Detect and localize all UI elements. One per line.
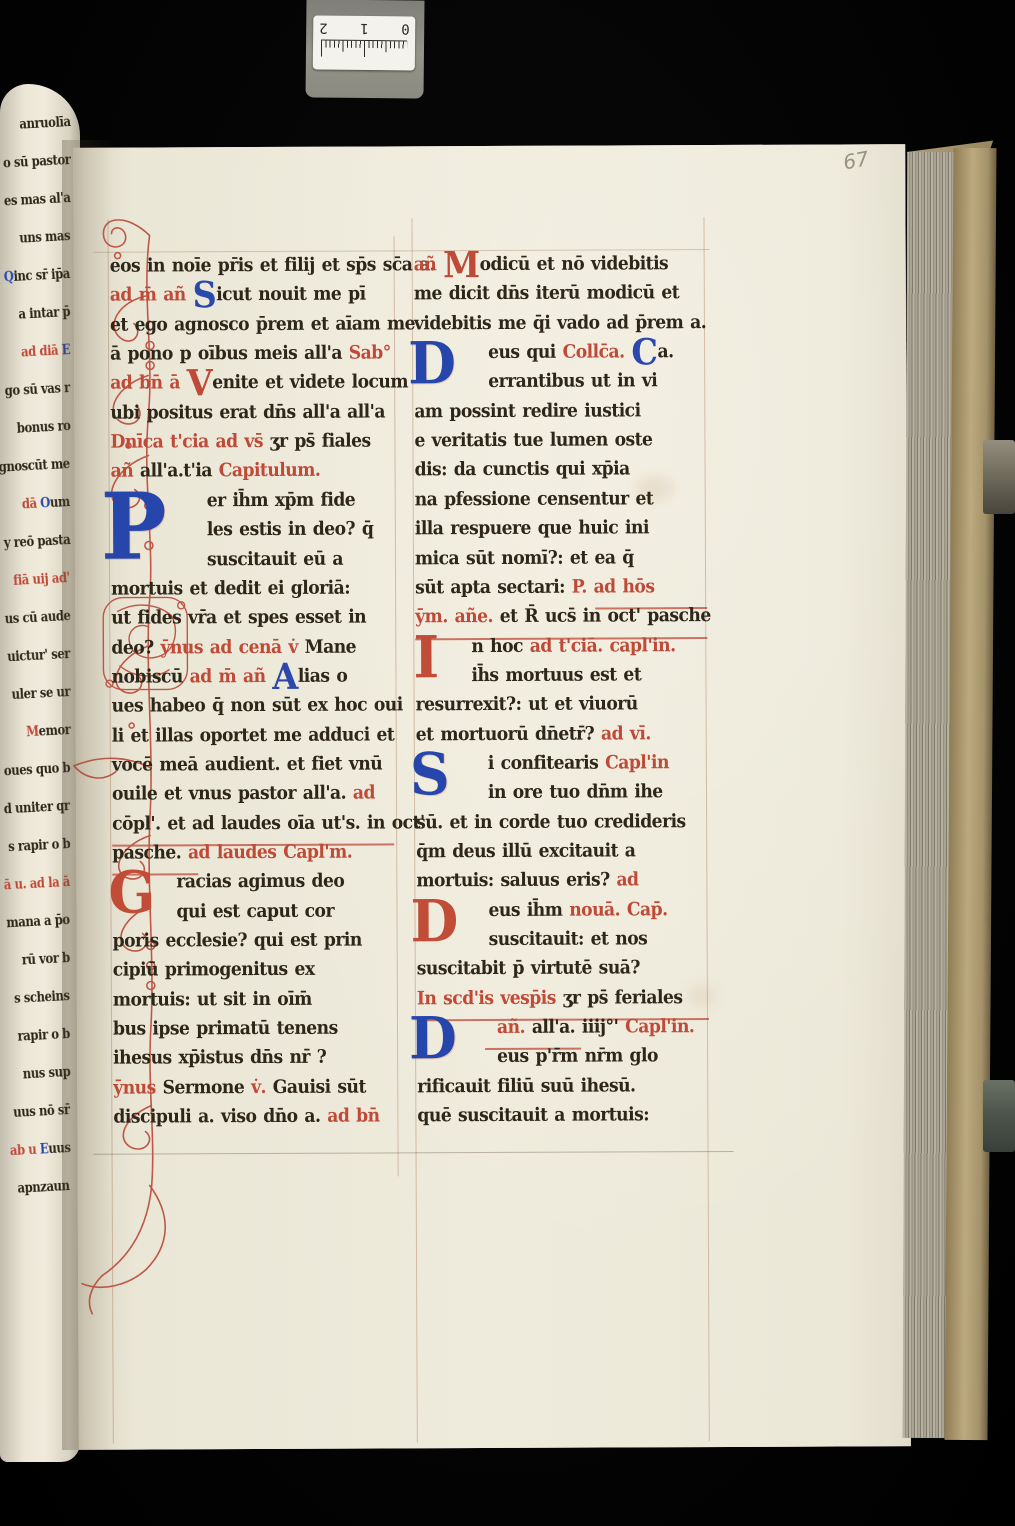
text-run: es mas al'a xyxy=(3,190,70,209)
text-run: fiā uij ad' xyxy=(13,570,70,589)
text-run: e veritatis tue lumen oste xyxy=(414,429,652,451)
text-run: ʒr ps̄ feriales xyxy=(563,987,683,1009)
text-run: um xyxy=(50,494,71,511)
text-line: In scd'is vesp̄is ʒr ps̄ feriales xyxy=(417,989,683,1009)
text-run: nus sup xyxy=(22,1064,70,1082)
text-run: Sermone xyxy=(163,1077,252,1098)
text-run: nouā. Cap̄. xyxy=(569,899,667,920)
text-run: y reō pasta xyxy=(3,532,70,551)
text-run: M xyxy=(443,244,480,286)
previous-page-text-line: anruolīa xyxy=(18,114,70,133)
previous-page-text-line: y reō pasta xyxy=(3,532,70,551)
text-run: bonus ro xyxy=(16,418,71,437)
text-run: P. ad hōs xyxy=(572,576,655,597)
text-line: ih̄s mortuus est et xyxy=(471,666,641,685)
text-run: me dicit dn̄s iterū modicū et xyxy=(414,283,679,305)
text-run: suscitabit p̄ virtutē suā? xyxy=(417,958,640,980)
previous-page-text-line: mana a p̄o xyxy=(6,912,70,931)
previous-page-text-line: nus sup xyxy=(22,1064,70,1082)
text-run: a. xyxy=(657,341,673,362)
text-run: ihesus xp̄istus dn̄s nr̄ ? xyxy=(113,1047,326,1069)
text-line: ihesus xp̄istus dn̄s nr̄ ? xyxy=(113,1049,326,1068)
text-run: illa respuere que huic ini xyxy=(415,517,649,539)
previous-page-text-line: ad diā E xyxy=(20,342,70,361)
text-run: uictur' ser xyxy=(7,646,71,665)
text-line: racias agimus deo xyxy=(176,873,344,892)
text-run: all'a. iiij°' xyxy=(532,1017,625,1038)
text-line: les estis in deo? q̄ xyxy=(207,521,374,540)
text-line: ā pono p oībus meis all'a Sab° xyxy=(110,344,391,364)
drop-cap-initial: D xyxy=(408,338,456,389)
text-line: quē suscitauit a mortuis: xyxy=(417,1106,649,1126)
text-run: ad bn̄ ā xyxy=(110,373,187,394)
text-line: i confitearis Capl'in xyxy=(488,754,669,773)
drop-cap-initial: S xyxy=(410,749,450,800)
text-run: ā pono p oībus meis all'a xyxy=(110,343,349,365)
text-run: añ xyxy=(414,254,443,275)
text-run: ouile et vnus pastor all'a. xyxy=(112,783,353,805)
text-run: o sū pastor xyxy=(2,152,70,172)
ruler-digits: 2 1 0 xyxy=(313,19,415,36)
text-run: ubi positus erat dn̄s all'a all'a xyxy=(110,401,385,423)
text-run: uus nō sr̄ xyxy=(13,1102,70,1121)
ruler-digit-0: 0 xyxy=(401,20,410,36)
text-line: sūt apta sectari: P. ad hōs xyxy=(415,578,654,598)
text-run: ȳnus ad cenā v̇ xyxy=(160,636,304,658)
text-run: dā xyxy=(22,496,41,513)
text-run: s rapir o b xyxy=(8,836,71,855)
text-run: deo? xyxy=(111,637,160,658)
previous-page-text-line: go sū vas r xyxy=(5,380,71,399)
text-line: ȳnus Sermone v̇. Gauisi sūt xyxy=(113,1078,366,1098)
text-line: añ Modicū et nō videbitis xyxy=(414,255,669,275)
previous-page-text-line: oues quo b xyxy=(3,760,70,779)
text-run: a intar p̄ xyxy=(18,304,70,323)
previous-page-text-line: s scheins xyxy=(14,988,70,1007)
previous-page-text-line: Qinc sr̄ ip̄a xyxy=(4,266,71,285)
cm-ruler: 2 1 0 xyxy=(313,15,416,70)
text-run: sūt apta sectari: xyxy=(415,576,572,598)
text-run: eus qui xyxy=(488,342,563,363)
text-line: bus ipse primatū tenens xyxy=(113,1020,338,1039)
text-run: n hoc xyxy=(471,635,529,656)
text-run: Collc̄a. xyxy=(563,341,632,362)
text-run: resurrexit?: ut et viuorū xyxy=(416,694,638,716)
text-run: et ego agnosco p̄rem et aīam me xyxy=(110,313,415,335)
text-run: enite et videte locum xyxy=(212,372,408,394)
text-run: Dnīca t'cia ad vs̄ xyxy=(110,431,269,453)
text-run: i confitearis xyxy=(488,752,605,774)
ruling-line-horizontal xyxy=(94,1151,734,1155)
text-run: ȳnus xyxy=(113,1077,162,1098)
color-ruler-tab: 2 1 0 xyxy=(305,0,424,99)
text-run: inc sr̄ ip̄a xyxy=(13,266,70,285)
text-run: E xyxy=(39,1141,48,1157)
text-column-left: eos in noīe pr̄is et filij et sp̄s sc̄a … xyxy=(110,256,400,1149)
text-run: go sū vas r xyxy=(5,380,71,399)
text-run: ad m̄ añ xyxy=(110,285,193,306)
previous-page-text-line: es mas al'a xyxy=(3,190,70,209)
previous-page-edge: anruolīao sū pastores mas al'auns masQin… xyxy=(0,84,80,1462)
text-line: ues habeo q̄ non sūt ex hoc oui xyxy=(112,697,403,717)
previous-page-text-line: gnoscūt me xyxy=(0,456,70,476)
previous-page-text-line: a intar p̄ xyxy=(18,304,70,323)
text-run: li et illas oportet me adduci et xyxy=(112,724,395,746)
text-run: ad bn̄ xyxy=(327,1106,379,1127)
text-run: ad diā xyxy=(20,342,62,360)
text-run: suscitauit eū a xyxy=(207,548,343,570)
text-run: ab u xyxy=(9,1142,40,1160)
text-run: discipuli a. viso dn̄o a. xyxy=(113,1106,327,1128)
ruling-line-horizontal xyxy=(94,249,710,253)
text-run: M xyxy=(25,724,38,741)
ruler-digit-1: 1 xyxy=(360,20,369,36)
text-run: Capl'in xyxy=(605,752,669,773)
text-run: mica sūt nomī?: et ea q̄ xyxy=(415,547,634,569)
clasp-bottom xyxy=(983,1080,1015,1152)
text-run: cōpl'. et ad laudes oīa ut's. in oct' xyxy=(112,812,425,834)
text-run: errantibus ut in vi xyxy=(488,371,657,393)
drop-cap-initial: D xyxy=(410,896,458,947)
text-run: apnzaun xyxy=(18,1178,71,1197)
text-run: gnoscūt me xyxy=(0,456,70,476)
drop-cap-initial: D xyxy=(409,1013,457,1064)
text-run: d uniter qr xyxy=(4,798,71,817)
text-run: am possint redire iustici xyxy=(414,400,640,422)
previous-page-text-line: ā u. ad la ā xyxy=(4,874,71,893)
text-line: ad bn̄ ā Venite et videte locum xyxy=(110,374,408,394)
text-run: ad t'ciā. capl'in. xyxy=(530,635,676,657)
folio-number: 67 xyxy=(841,146,870,174)
text-run: oues quo b xyxy=(3,760,70,779)
text-run: poris ecclesie? qui est prin xyxy=(113,930,362,952)
previous-page-text-line: bonus ro xyxy=(16,418,71,437)
previous-page-text-line: uus nō sr̄ xyxy=(13,1102,70,1121)
text-run: ad laudes Capl'm. xyxy=(188,842,352,864)
text-line: errantibus ut in vi xyxy=(488,373,657,392)
text-run: eos in noīe pr̄is et filij et sp̄s sc̄a … xyxy=(110,254,436,276)
text-line: et ego agnosco p̄rem et aīam me xyxy=(110,315,415,335)
text-line: li et illas oportet me adduci et xyxy=(112,726,395,746)
text-line: n hoc ad t'ciā. capl'in. xyxy=(471,637,675,656)
text-line: rificauit filiū suū ihesū. xyxy=(417,1077,635,1096)
previous-page-text-line: rū vor b xyxy=(22,950,71,968)
text-line: qui est caput cor xyxy=(176,902,334,921)
text-run: nobiscū xyxy=(111,666,189,687)
text-line: Dnīca t'cia ad vs̄ ʒr ps̄ fiales xyxy=(110,433,370,453)
previous-page-text-line: uler se ur xyxy=(11,684,70,703)
text-line: resurrexit?: ut et viuorū xyxy=(416,696,638,715)
text-run: A xyxy=(272,656,298,698)
text-run: lias o xyxy=(298,666,348,687)
previous-page-text-line: s rapir o b xyxy=(8,836,71,855)
text-line: ȳm. añe. et R̄ ucs̄ in oct' pasche xyxy=(415,607,711,627)
text-line: ubi positus erat dn̄s all'a all'a xyxy=(110,403,385,423)
previous-page-text-line: ab u Euus xyxy=(9,1140,70,1159)
previous-page-text-line: rapir o b xyxy=(17,1026,70,1045)
text-line: ad m̄ añ Sicut nouit me pī xyxy=(110,286,366,306)
book-board-edge xyxy=(944,148,996,1440)
text-line: ouile et vnus pastor all'a. ad xyxy=(112,785,375,805)
text-line: ut fides vr̄a et spes esset in xyxy=(111,609,366,629)
ruler-digit-2: 2 xyxy=(319,20,328,36)
text-run: rificauit filiū suū ihesū. xyxy=(417,1075,635,1097)
previous-page-text-line: uns mas xyxy=(19,228,71,247)
text-line: illa respuere que huic ini xyxy=(415,519,649,539)
text-line: eus qui Collc̄a. Ca. xyxy=(488,343,674,362)
previous-page-text-line: dā Oum xyxy=(22,494,71,512)
text-run: S xyxy=(192,275,216,317)
text-run: videbitis me q̄i vado ad p̄rem a. xyxy=(414,312,706,334)
text-line: suscitauit eū a xyxy=(207,550,343,569)
text-run: Gauisi sūt xyxy=(273,1076,366,1097)
text-run: quē suscitauit a mortuis: xyxy=(417,1104,649,1126)
text-run: ad xyxy=(616,870,638,891)
text-run: sū. et in corde tuo credideris xyxy=(416,811,686,833)
text-run: us cū aude xyxy=(4,608,70,627)
drop-cap-initial: G xyxy=(108,868,155,919)
text-column-right: añ Modicū et nō videbitisme dicit dn̄s i… xyxy=(414,255,712,1148)
text-run: añ. xyxy=(497,1017,532,1038)
text-run: v̇. xyxy=(251,1077,273,1098)
text-line: q̄m deus illū excitauit a xyxy=(416,842,635,861)
text-line: vocē meā audient. et fiet vnū xyxy=(112,755,382,775)
text-run: uler se ur xyxy=(11,684,70,703)
text-run: Mane xyxy=(305,636,357,657)
text-line: me dicit dn̄s iterū modicū et xyxy=(414,285,679,305)
text-run: les estis in deo? q̄ xyxy=(207,519,374,541)
text-run: anruolīa xyxy=(18,114,70,133)
previous-page-text-line: Memor xyxy=(25,722,70,740)
text-line: mica sūt nomī?: et ea q̄ xyxy=(415,549,634,568)
text-run: eus ih̄m xyxy=(488,899,569,920)
text-run: C xyxy=(631,331,657,373)
text-line: eus p'r̄m nr̄m glo xyxy=(497,1048,658,1067)
manuscript-page: 67 xyxy=(73,144,911,1450)
text-run: uus xyxy=(47,1140,70,1157)
text-run: rū vor b xyxy=(22,950,71,968)
text-run: er ih̄m xp̄m fide xyxy=(207,489,356,511)
text-run: icut nouit me pī xyxy=(216,284,365,306)
clasp-top xyxy=(983,440,1015,514)
text-run: bus ipse primatū tenens xyxy=(113,1018,338,1040)
text-run: racias agimus deo xyxy=(176,871,344,893)
previous-page-text-line: us cū aude xyxy=(4,608,70,627)
text-line: er ih̄m xp̄m fide xyxy=(207,491,356,510)
text-line: suscitabit p̄ virtutē suā? xyxy=(417,960,640,979)
previous-page-text-line: d uniter qr xyxy=(4,798,71,817)
text-run: Capitulum. xyxy=(219,460,321,481)
text-run: suscitauit: et nos xyxy=(489,928,648,950)
text-run: mortuis: ut sit in oīm̄ xyxy=(113,989,312,1011)
text-run: ā u. ad la ā xyxy=(4,874,71,893)
text-line: cōpl'. et ad laudes oīa ut's. in oct' xyxy=(112,814,425,834)
text-line: deo? ȳnus ad cenā v̇ Mane xyxy=(111,638,356,658)
text-line: am possint redire iustici xyxy=(414,402,640,421)
text-line: discipuli a. viso dn̄o a. ad bn̄ xyxy=(113,1108,379,1128)
text-line: mortuis et dedit ei gloriā: xyxy=(111,579,350,599)
previous-page-text-line: apnzaun xyxy=(18,1178,71,1197)
text-line: dis: da cunctis qui xp̄ia xyxy=(415,461,630,480)
text-line: e veritatis tue lumen oste xyxy=(414,431,652,451)
text-line: nobiscū ad m̄ añ Alias o xyxy=(111,668,347,688)
text-run: qui est caput cor xyxy=(176,900,334,922)
text-line: videbitis me q̄i vado ad p̄rem a. xyxy=(414,314,706,334)
text-run: eus p'r̄m nr̄m glo xyxy=(497,1046,658,1068)
text-run: E xyxy=(61,342,70,358)
drop-cap-initial: P xyxy=(101,486,167,567)
text-run: ues habeo q̄ non sūt ex hoc oui xyxy=(112,695,403,717)
text-run: odicū et nō videbitis xyxy=(480,253,669,275)
ruler-tick-marks xyxy=(321,40,407,62)
text-run: et R̄ ucs̄ in oct' pasche xyxy=(500,605,711,627)
text-line: in ore tuo dn̄m ihe xyxy=(488,784,663,803)
text-run: ʒr ps̄ fiales xyxy=(270,431,371,452)
photo-background: 2 1 0 anruolīao sū pastores mas al'auns … xyxy=(0,0,1015,1526)
text-run: Capl'in. xyxy=(625,1016,694,1037)
text-line: eos in noīe pr̄is et filij et sp̄s sc̄a … xyxy=(110,256,436,276)
previous-page-text-line: o sū pastor xyxy=(2,152,70,172)
text-line: sū. et in corde tuo credideris xyxy=(416,813,686,833)
text-run: rapir o b xyxy=(17,1026,70,1045)
text-run: ad vī. xyxy=(601,723,651,744)
text-line: poris ecclesie? qui est prin xyxy=(113,932,362,952)
text-run: mortuis et dedit ei gloriā: xyxy=(111,577,350,599)
text-run: ih̄s mortuus est et xyxy=(471,664,641,686)
text-line: cipiū primogenitus ex xyxy=(113,961,315,980)
text-run: mana a p̄o xyxy=(6,912,70,931)
text-run: in ore tuo dn̄m ihe xyxy=(488,782,663,804)
drop-cap-initial: I xyxy=(413,632,439,683)
text-run: emor xyxy=(38,722,71,740)
text-run: ad m̄ añ xyxy=(190,666,273,687)
text-run: ad xyxy=(353,783,375,804)
text-run: q̄m deus illū excitauit a xyxy=(416,840,635,862)
text-line: et mortuorū dn̄etr̄? ad vī. xyxy=(416,725,651,745)
text-run: uns mas xyxy=(19,228,71,247)
text-line: mortuis: ut sit in oīm̄ xyxy=(113,991,312,1010)
text-line: na pfessione censentur et xyxy=(415,490,654,510)
text-run: cipiū primogenitus ex xyxy=(113,959,315,981)
previous-page-text-line: uictur' ser xyxy=(7,646,71,665)
text-line: eus ih̄m nouā. Cap̄. xyxy=(488,901,667,920)
previous-page-text-line: fiā uij ad' xyxy=(13,570,70,589)
text-run: Sab° xyxy=(349,342,391,363)
text-run: ut fides vr̄a et spes esset in xyxy=(111,607,366,629)
text-run: vocē meā audient. et fiet vnū xyxy=(112,753,382,775)
text-line: suscitauit: et nos xyxy=(489,930,648,949)
text-line: añ. all'a. iiij°' Capl'in. xyxy=(497,1018,694,1037)
text-run: dis: da cunctis qui xp̄ia xyxy=(415,459,630,481)
text-run: na pfessione censentur et xyxy=(415,488,654,510)
text-run: s scheins xyxy=(14,988,70,1007)
text-run: V xyxy=(187,363,213,405)
